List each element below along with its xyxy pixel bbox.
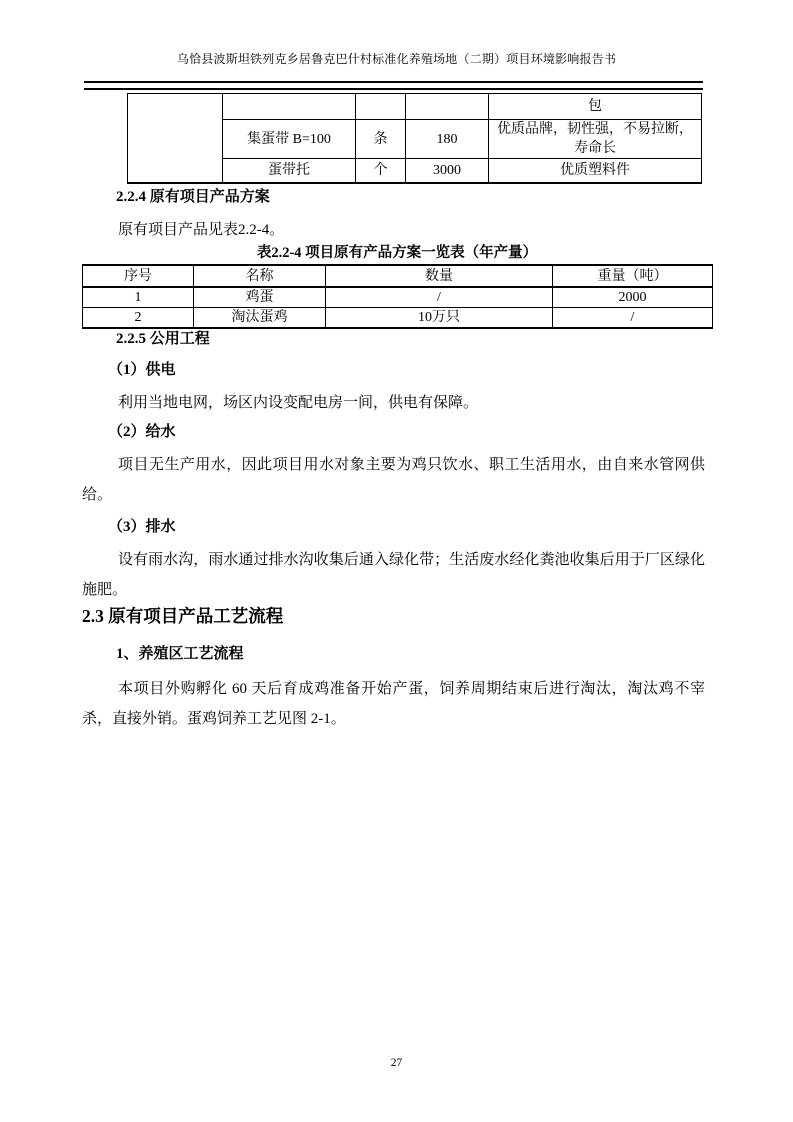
paragraph-drainage: 设有雨水沟，雨水通过排水沟收集后通入绿化带；生活废水经化粪池收集后用于厂区绿化施… [82,546,705,605]
table-cell: 180 [406,120,489,159]
paragraph-see-table: 原有项目产品见表2.2-4。 [82,216,705,246]
table-cell [223,94,356,120]
table-caption: 表2.2-4 项目原有产品方案一览表（年产量） [82,243,712,264]
subheading-water-supply: （2）给水 [82,421,748,443]
table-cell: 条 [356,120,406,159]
page-header-title: 乌恰县波斯坦铁列克乡居鲁克巴什村标准化养殖场地（二期）项目环境影响报告书 [0,51,793,68]
table-cell: / [326,287,553,308]
paragraph-water-supply: 项目无生产用水，因此项目用水对象主要为鸡只饮水、职工生活用水，由自来水管网供给。 [82,451,705,510]
subheading-breeding-process: 1、养殖区工艺流程 [82,643,756,665]
document-page: 乌恰县波斯坦铁列克乡居鲁克巴什村标准化养殖场地（二期）项目环境影响报告书 包 集… [0,0,793,1122]
table-cell [406,94,489,120]
table-cell-merged-empty [128,94,223,184]
subheading-drainage: （3）排水 [82,516,748,538]
paragraph-power-supply: 利用当地电网，场区内设变配电房一间，供电有保障。 [82,389,705,419]
table-cell: 集蛋带 B=100 [223,120,356,159]
table-header-row: 序号 名称 数量 重量（吨） [83,265,713,287]
table-cell: 鸡蛋 [194,287,326,308]
table-cell: 1 [83,287,194,308]
table-cell [356,94,406,120]
table-cell: 优质品牌，韧性强，不易拉断，寿命长 [489,120,702,159]
table-cell: 10万只 [326,308,553,329]
table-cell: 包 [489,94,702,120]
table-row: 2 淘汰蛋鸡 10万只 / [83,308,713,329]
section-heading-224: 2.2.4 原有项目产品方案 [82,186,756,208]
paragraph-breeding-process: 本项目外购孵化 60 天后育成鸡准备开始产蛋，饲养周期结束后进行淘汰，淘汰鸡不宰… [82,675,705,734]
table-header-cell: 序号 [83,265,194,287]
table-row: 包 [128,94,702,120]
table-cell: 淘汰蛋鸡 [194,308,326,329]
header-double-rule [84,81,703,90]
table-cell: 2 [83,308,194,329]
subheading-power-supply: （1）供电 [82,359,748,381]
table-row: 1 鸡蛋 / 2000 [83,287,713,308]
table-cell: 个 [356,159,406,184]
table-cell: 优质塑料件 [489,159,702,184]
section-heading-23: 2.3 原有项目产品工艺流程 [82,603,722,629]
table-header-cell: 数量 [326,265,553,287]
section-heading-225: 2.2.5 公用工程 [82,328,756,350]
table-cell: 2000 [553,287,713,308]
products-table: 序号 名称 数量 重量（吨） 1 鸡蛋 / 2000 2 淘汰蛋鸡 10万只 / [82,264,713,329]
equipment-table-continued: 包 集蛋带 B=100 条 180 优质品牌，韧性强，不易拉断，寿命长 蛋带托 … [127,93,702,184]
page-number: 27 [0,1055,793,1071]
table-cell: 3000 [406,159,489,184]
table-cell: / [553,308,713,329]
table-header-cell: 名称 [194,265,326,287]
table-cell: 蛋带托 [223,159,356,184]
table-header-cell: 重量（吨） [553,265,713,287]
